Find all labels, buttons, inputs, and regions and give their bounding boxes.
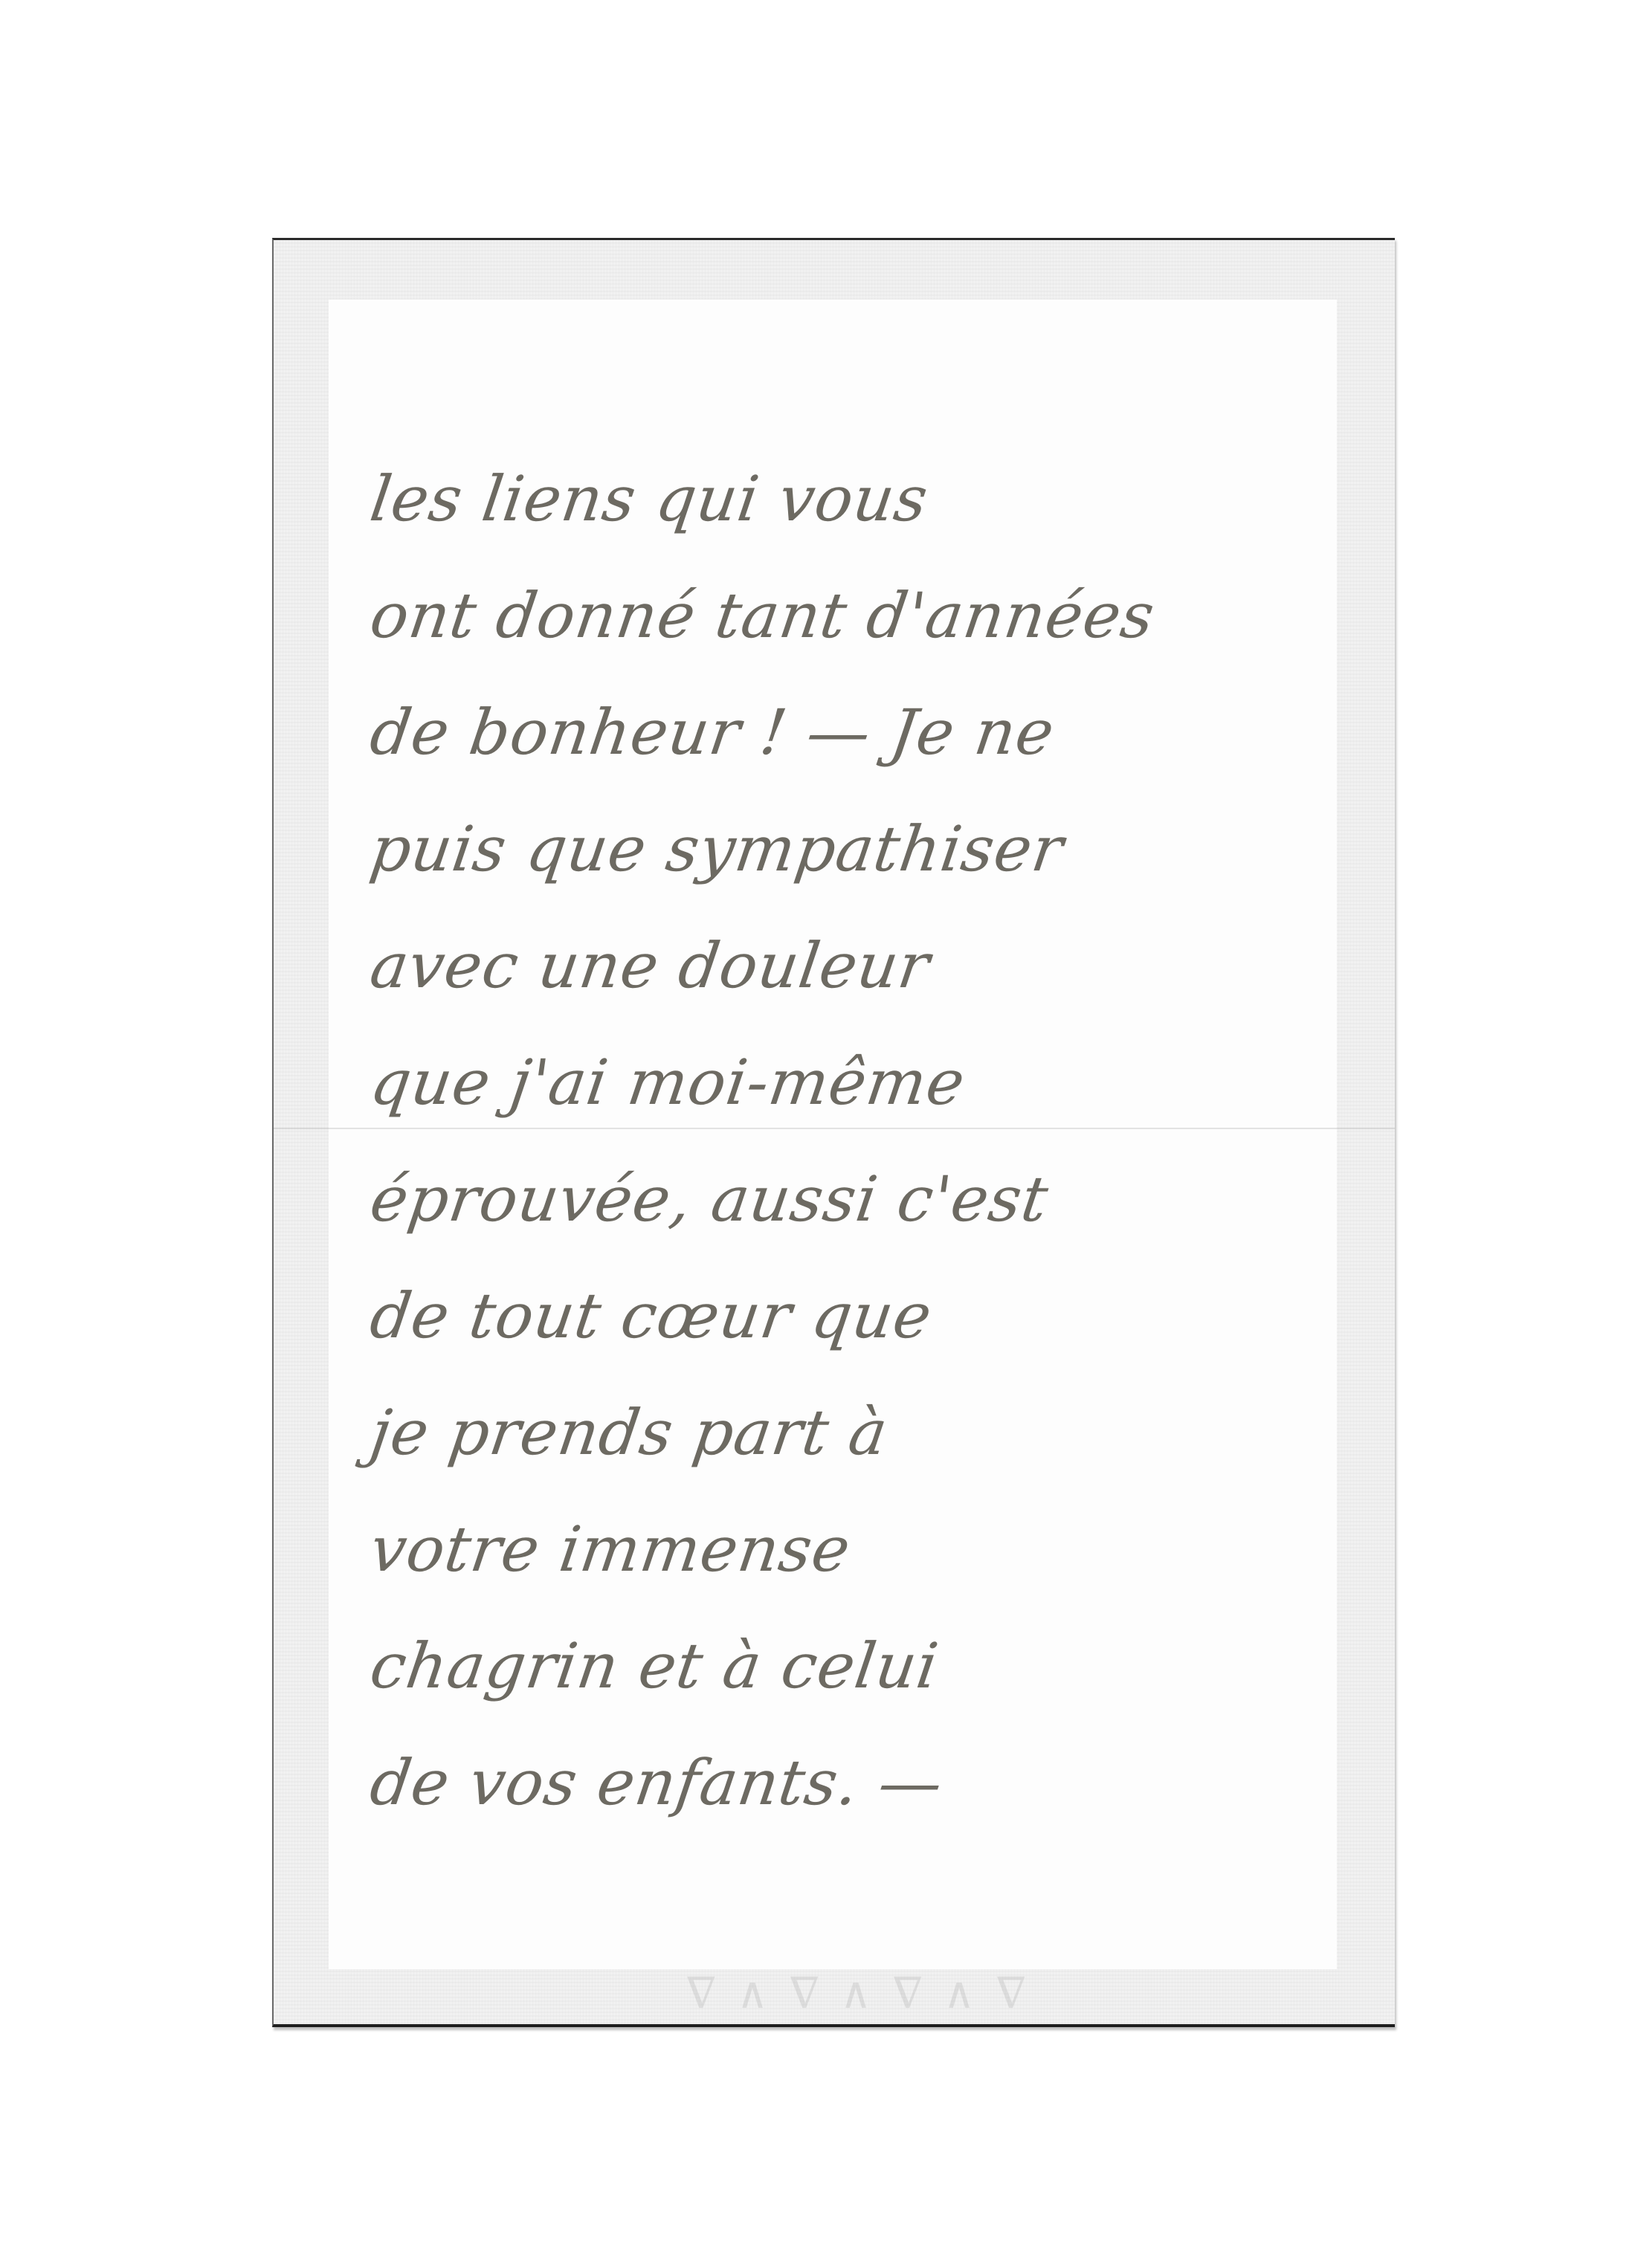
text-line-8: de tout cœur que: [363, 1258, 1383, 1374]
text-line-3: de bonheur ! — Je ne: [363, 674, 1383, 791]
border-watermark: ∇∧∇∧∇∧∇: [355, 1971, 1335, 2015]
text-line-10: votre immense: [363, 1491, 1383, 1608]
text-line-5: avec une douleur: [363, 908, 1383, 1024]
text-line-11: chagrin et à celui: [363, 1608, 1383, 1725]
text-line-7: éprouvée, aussi c'est: [363, 1141, 1383, 1258]
text-line-2: ont donné tant d'années: [363, 558, 1383, 674]
text-line-4: puis que sympathiser: [363, 791, 1383, 908]
text-line-12: de vos enfants. —: [363, 1725, 1383, 1841]
text-line-6: que j'ai moi-même: [363, 1024, 1383, 1141]
text-line-1: les liens qui vous: [363, 441, 1383, 558]
text-line-9: je prends part à: [363, 1374, 1383, 1491]
handwritten-text: les liens qui vous ont donné tant d'anné…: [363, 441, 1367, 1841]
letter-sheet: ∇∧∇∧∇∧∇ les liens qui vous ont donné tan…: [272, 238, 1395, 2027]
